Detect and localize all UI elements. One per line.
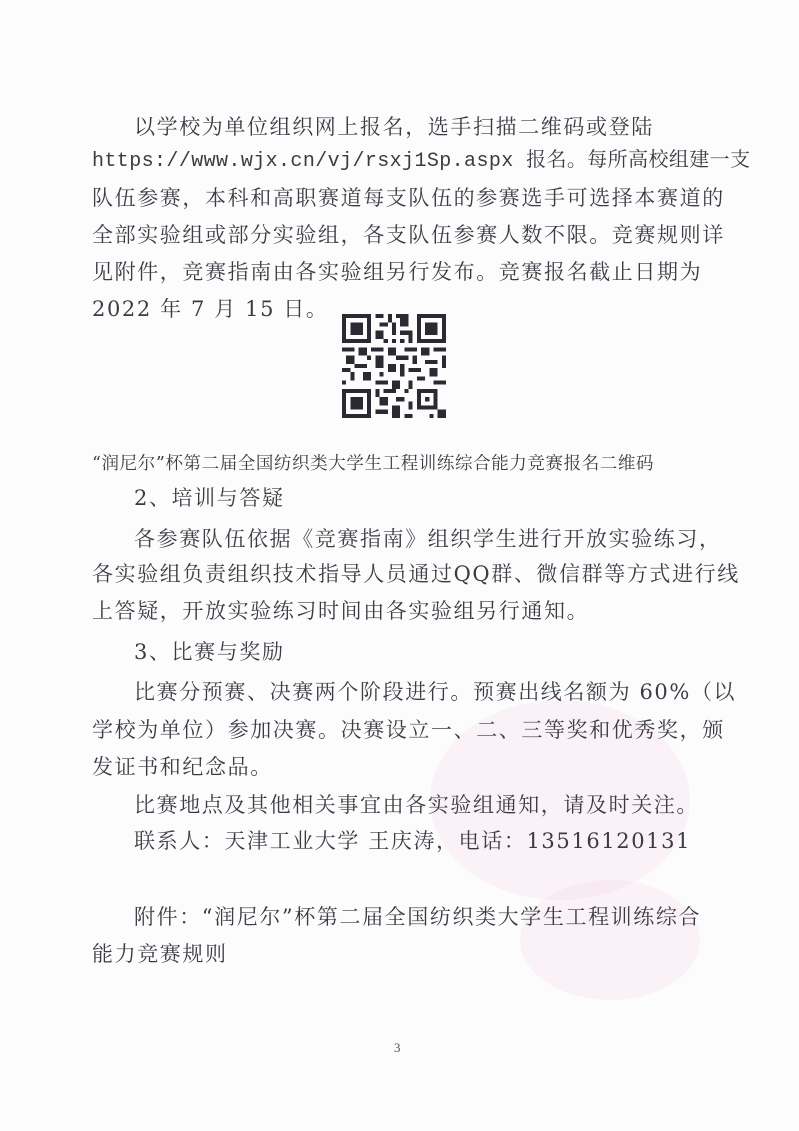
section-2-heading: 2、培训与答疑 [134,483,285,513]
section-2-line-2: 各实验组负责组织技术指导人员通过QQ群、微信群等方式进行线 [92,559,740,589]
section-3-line-2: 学校为单位）参加决赛。决赛设立一、二、三等奖和优秀奖，颁 [92,715,725,745]
document-page: 以学校为单位组织网上报名，选手扫描二维码或登陆 https://www.wjx.… [0,0,799,1131]
registration-line-3: 队伍参赛，本科和高职赛道每支队伍的参赛选手可选择本赛道的 [92,183,725,213]
registration-url-line[interactable]: https://www.wjx.cn/vj/rsxj1Sp.aspx 报名。每所… [92,147,750,177]
registration-deadline-line: 2022 年 7 月 15 日。 [92,294,329,324]
registration-line-4: 全部实验组或部分实验组，各支队伍参赛人数不限。竞赛规则详 [92,220,725,250]
qr-code-caption: “润尼尔”杯第二届全国纺织类大学生工程训练综合能力竞赛报名二维码 [92,452,654,476]
attachment-line-2: 能力竞赛规则 [92,939,228,969]
registration-line-1: 以学校为单位组织网上报名，选手扫描二维码或登陆 [134,112,654,142]
page-number: 3 [394,1040,401,1056]
attachment-line-1: 附件：“润尼尔”杯第二届全国纺织类大学生工程训练综合 [134,902,701,932]
section-3-heading: 3、比赛与奖励 [134,637,285,667]
venue-note: 比赛地点及其他相关事宜由各实验组通知，请及时关注。 [134,790,699,820]
registration-qr-code[interactable] [342,314,446,418]
section-3-line-1: 比赛分预赛、决赛两个阶段进行。预赛出线名额为 60%（以 [134,677,736,707]
section-2-line-1: 各参赛队伍依据《竞赛指南》组织学生进行开放实验练习， [134,524,722,554]
section-2-line-3: 上答疑，开放实验练习时间由各实验组另行通知。 [92,596,589,626]
section-3-line-3: 发证书和纪念品。 [92,752,273,782]
paper-stain [520,880,700,1000]
registration-line-5: 见附件，竞赛指南由各实验组另行发布。竞赛报名截止日期为 [92,257,702,287]
contact-info: 联系人：天津工业大学 王庆涛，电话：13516120131 [134,826,691,856]
